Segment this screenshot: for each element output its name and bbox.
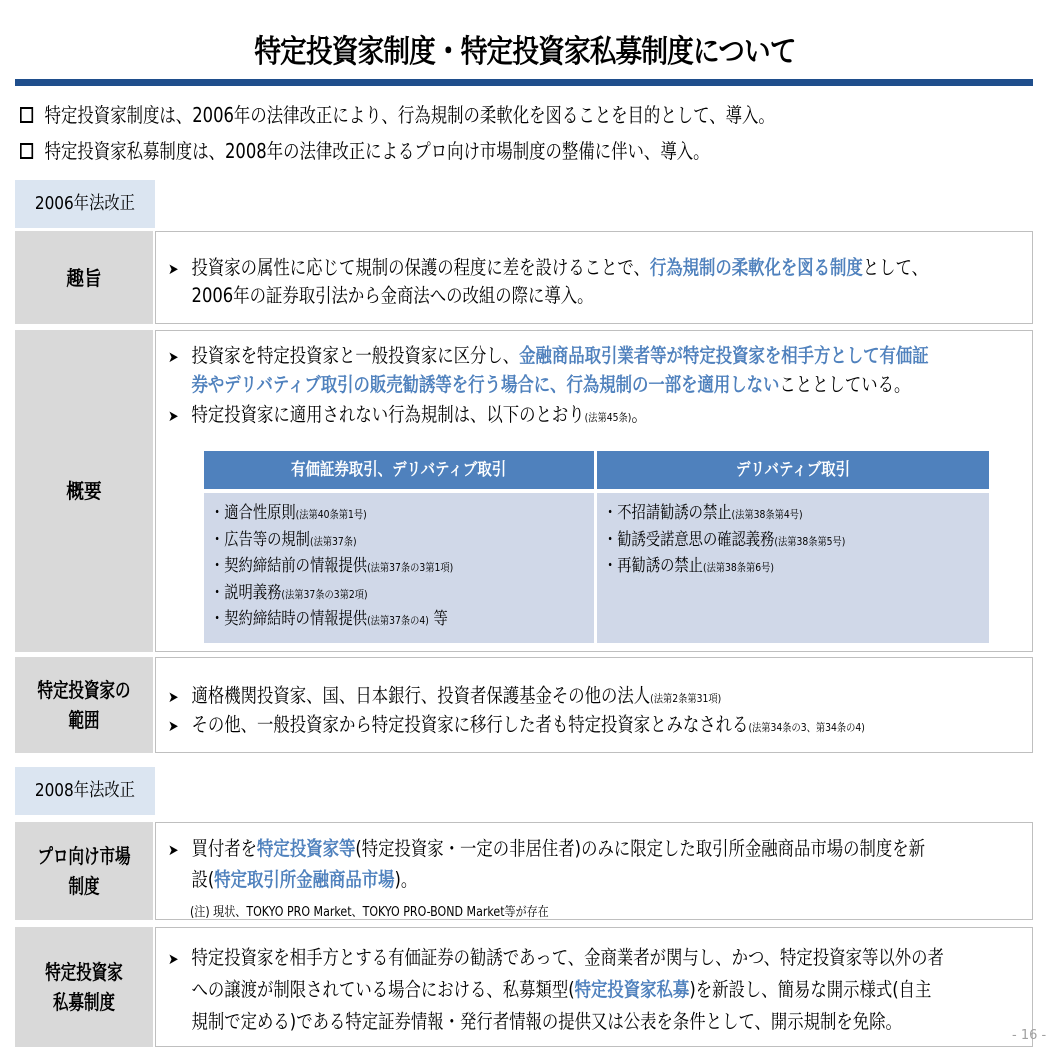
bullet-continuation: 設(特定取引所金融商品市場)。: [168, 866, 417, 893]
row-label: プロ向け市場制度: [15, 822, 153, 920]
row-label: 概要: [15, 330, 153, 652]
bullet-continuation: 規制で定める)である特定証券情報・発行者情報の提供又は公表を条件として、開示規制…: [168, 1008, 902, 1035]
era-tag-2008: 2008年法改正: [15, 767, 155, 815]
bullet-line: ➤買付者を特定投資家等(特定投資家・一定の非居住者)のみに限定した取引所金融商品…: [168, 835, 925, 864]
arrow-bullet-icon: ➤: [168, 684, 192, 711]
table-cell: ・不招請勧誘の禁止(法第38条第4号) ・勧誘受諾意思の確認義務(法第38条第5…: [597, 493, 989, 643]
bullet-continuation: 券やデリバティブ取引の販売勧誘等を行う場合に、行為規制の一部を適用しないこととし…: [168, 371, 910, 398]
arrow-bullet-icon: ➤: [168, 837, 192, 864]
arrow-bullet-icon: ➤: [168, 403, 192, 430]
row-label: 特定投資家の範囲: [15, 657, 153, 753]
intro-item: 特定投資家制度は、2006年の法律改正により、行為規制の柔軟化を図ることを目的と…: [20, 101, 856, 129]
row-body: ➤特定投資家を相手方とする有価証券の勧誘であって、金商業者が関与し、かつ、特定投…: [155, 927, 1033, 1047]
bullet-line: ➤特定投資家を相手方とする有価証券の勧誘であって、金商業者が関与し、かつ、特定投…: [168, 944, 944, 973]
table-header: デリバティブ取引: [597, 451, 989, 489]
rule-item: ・適合性原則(法第40条第1号): [210, 501, 528, 528]
table-header: 有価証券取引、デリバティブ取引: [204, 451, 594, 489]
page-number: - 16 -: [1012, 1028, 1046, 1043]
arrow-bullet-icon: ➤: [168, 946, 192, 973]
square-bullet-icon: [20, 143, 33, 159]
table-cell: ・適合性原則(法第40条第1号) ・広告等の規制(法第37条) ・契約締結前の情…: [204, 493, 594, 643]
row-body: ➤投資家を特定投資家と一般投資家に区分し、金融商品取引業者等が特定投資家を相手方…: [155, 330, 1033, 652]
rule-item: ・広告等の規制(法第37条): [210, 528, 528, 555]
bullet-continuation: 2006年の証券取引法から金商法への改組の際に導入。: [168, 282, 594, 309]
row-body: ➤適格機関投資家、国、日本銀行、投資者保護基金その他の法人(法第2条第31項) …: [155, 657, 1033, 753]
intro-item: 特定投資家私募制度は、2008年の法律改正によるプロ向け市場制度の整備に伴い、導…: [20, 137, 856, 165]
row-hanni: 特定投資家の範囲 ➤適格機関投資家、国、日本銀行、投資者保護基金その他の法人(法…: [15, 657, 1033, 753]
bullet-line: ➤特定投資家に適用されない行為規制は、以下のとおり(法第45条)。: [168, 401, 648, 431]
row-body: ➤投資家の属性に応じて規制の保護の程度に差を設けることで、行為規制の柔軟化を図る…: [155, 231, 1033, 324]
row-body: ➤買付者を特定投資家等(特定投資家・一定の非居住者)のみに限定した取引所金融商品…: [155, 822, 1033, 920]
title-divider: [15, 79, 1033, 86]
rule-item: ・再勧誘の禁止(法第38条第6号): [603, 554, 922, 581]
bullet-continuation: への譲渡が制限されている場合における、私募類型(特定投資家私募)を新設し、簡易な…: [168, 976, 931, 1003]
row-pro-market: プロ向け市場制度 ➤買付者を特定投資家等(特定投資家・一定の非居住者)のみに限定…: [15, 822, 1033, 920]
row-label: 特定投資家私募制度: [15, 927, 153, 1047]
bullet-line: ➤その他、一般投資家から特定投資家に移行した者も特定投資家とみなされる(法第34…: [168, 711, 865, 741]
rule-item: ・不招請勧誘の禁止(法第38条第4号): [603, 501, 922, 528]
rule-item: ・契約締結前の情報提供(法第37条の3第1項): [210, 554, 528, 581]
row-private-placement: 特定投資家私募制度 ➤特定投資家を相手方とする有価証券の勧誘であって、金商業者が…: [15, 927, 1033, 1047]
page-title: 特定投資家制度・特定投資家私募制度について: [74, 26, 977, 71]
note: (注) 現状、TOKYO PRO Market、TOKYO PRO-BOND M…: [190, 901, 549, 920]
row-gaiyo: 概要 ➤投資家を特定投資家と一般投資家に区分し、金融商品取引業者等が特定投資家を…: [15, 330, 1033, 652]
rule-item: ・勧誘受諾意思の確認義務(法第38条第5号): [603, 528, 922, 555]
row-label: 趣旨: [15, 231, 153, 324]
row-shushi: 趣旨 ➤投資家の属性に応じて規制の保護の程度に差を設けることで、行為規制の柔軟化…: [15, 231, 1033, 324]
bullet-line: ➤適格機関投資家、国、日本銀行、投資者保護基金その他の法人(法第2条第31項): [168, 682, 721, 712]
arrow-bullet-icon: ➤: [168, 713, 192, 740]
era-tag-2006: 2006年法改正: [15, 180, 155, 228]
bullet-line: ➤投資家の属性に応じて規制の保護の程度に差を設けることで、行為規制の柔軟化を図る…: [168, 254, 928, 283]
square-bullet-icon: [20, 107, 33, 123]
rule-item: ・説明義務(法第37条の3第2項): [210, 581, 528, 608]
bullet-line: ➤投資家を特定投資家と一般投資家に区分し、金融商品取引業者等が特定投資家を相手方…: [168, 342, 929, 371]
arrow-bullet-icon: ➤: [168, 256, 192, 283]
rule-item: ・契約締結時の情報提供(法第37条の4) 等: [210, 607, 528, 634]
arrow-bullet-icon: ➤: [168, 344, 192, 371]
